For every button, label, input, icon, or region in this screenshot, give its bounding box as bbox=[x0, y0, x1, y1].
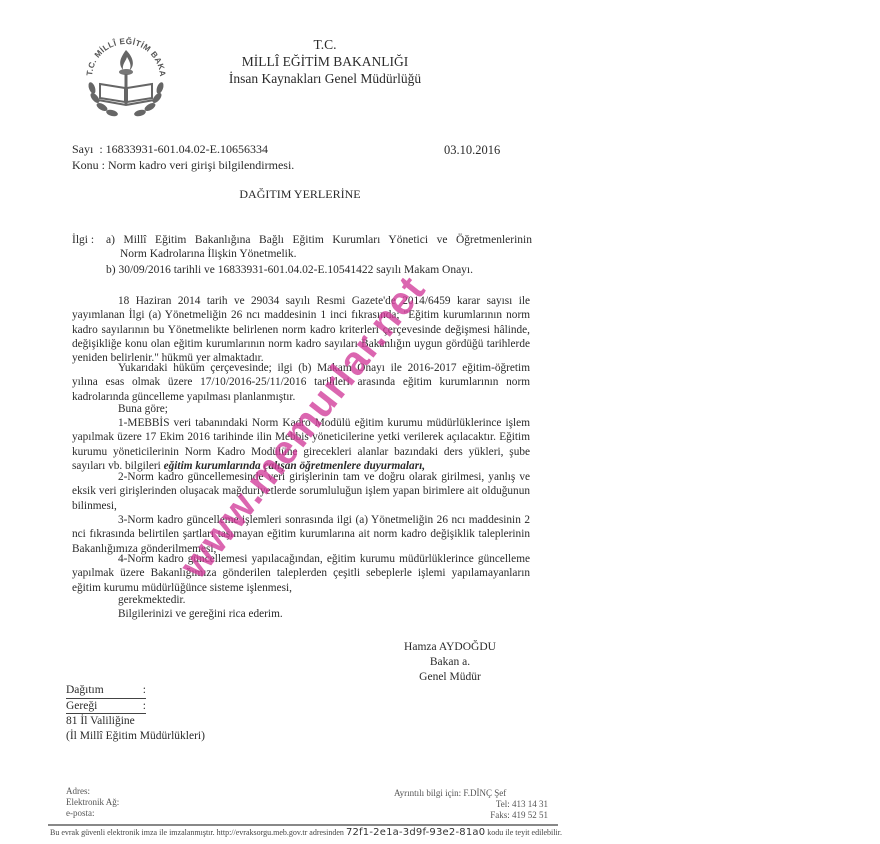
sayi-label: Sayı bbox=[72, 142, 93, 156]
verify-suffix: kodu ile teyit edilebilir. bbox=[487, 828, 562, 837]
document-number: Sayı : 16833931-601.04.02-E.10656334 bbox=[72, 141, 268, 157]
paragraph-3: Buna göre; bbox=[72, 402, 530, 416]
contact-person: Ayrıntılı bilgi için: F.DİNÇ Şef bbox=[394, 788, 548, 799]
paragraph-item-3: 3-Norm kadro güncelleme işlemleri sonras… bbox=[72, 513, 530, 556]
header-country: T.C. bbox=[200, 36, 450, 53]
ilgi-label: İlgi : bbox=[72, 233, 94, 247]
paragraph-item-1: 1-MEBBİS veri tabanındaki Norm Kadro Mod… bbox=[72, 416, 530, 473]
paragraph-item-2: 2-Norm kadro güncellemesinde veri girişl… bbox=[72, 470, 530, 513]
signatory-on-behalf: Bakan a. bbox=[385, 655, 515, 670]
signatory-title: Genel Müdür bbox=[385, 670, 515, 685]
paragraph-1: 18 Haziran 2014 tarih ve 29034 sayılı Re… bbox=[72, 294, 530, 365]
address-label: Adres: bbox=[66, 786, 119, 797]
verify-code: 72f1-2e1a-3d9f-93e2-81a0 bbox=[346, 827, 485, 838]
footer-contact-labels: Adres: Elektronik Ağ: e-posta: bbox=[66, 786, 119, 819]
geregi-row: Gereği: bbox=[66, 699, 146, 715]
signature-block: Hamza AYDOĞDU Bakan a. Genel Müdür bbox=[385, 640, 515, 685]
reference-a-line2: Norm Kadrolarına İlişkin Yönetmelik. bbox=[106, 247, 532, 261]
konu-label: Konu bbox=[72, 158, 99, 172]
paragraph-2: Yukarıdaki hüküm çerçevesinde; ilgi (b) … bbox=[72, 361, 530, 404]
e-signature-verification: Bu evrak güvenli elektronik imza ile imz… bbox=[50, 827, 562, 838]
distribution-line-1: 81 İl Valiliğine bbox=[66, 714, 205, 729]
reference-a-line1: a) Millî Eğitim Bakanlığına Bağlı Eğitim… bbox=[106, 233, 532, 247]
addressee: DAĞITIM YERLERİNE bbox=[0, 187, 600, 202]
dagitim-row: Dağıtım: bbox=[66, 683, 146, 699]
header-department: İnsan Kaynakları Genel Müdürlüğü bbox=[200, 70, 450, 87]
verify-prefix: Bu evrak güvenli elektronik imza ile imz… bbox=[50, 828, 344, 837]
network-label: Elektronik Ağ: bbox=[66, 797, 119, 808]
header-ministry: MİLLÎ EĞİTİM BAKANLIĞI bbox=[200, 53, 450, 70]
paragraph-closing: gerekmektedir. bbox=[72, 593, 530, 607]
paragraph-request: Bilgilerinizi ve gereğini rica ederim. bbox=[72, 607, 530, 621]
signatory-name: Hamza AYDOĞDU bbox=[385, 640, 515, 655]
sayi-value: : 16833931-601.04.02-E.10656334 bbox=[99, 142, 268, 156]
ministry-emblem-icon: T.C. MİLLÎ EĞİTİM BAKANLIĞI bbox=[78, 28, 174, 122]
ministry-logo: T.C. MİLLÎ EĞİTİM BAKANLIĞI bbox=[78, 28, 174, 122]
email-label: e-posta: bbox=[66, 808, 119, 819]
paragraph-item-4: 4-Norm kadro güncellemesi yapılacağından… bbox=[72, 552, 530, 595]
footer-divider bbox=[48, 824, 558, 826]
document-subject: Konu : Norm kadro veri girişi bilgilendi… bbox=[72, 157, 294, 173]
footer-contact-info: Ayrıntılı bilgi için: F.DİNÇ Şef Tel: 41… bbox=[400, 788, 548, 821]
distribution-block: Dağıtım: Gereği: 81 İl Valiliğine (İl Mi… bbox=[66, 683, 205, 743]
reference-a: a) Millî Eğitim Bakanlığına Bağlı Eğitim… bbox=[106, 233, 532, 261]
konu-value: : Norm kadro veri girişi bilgilendirmesi… bbox=[102, 158, 295, 172]
reference-b: b) 30/09/2016 tarihli ve 16833931-601.04… bbox=[106, 263, 473, 277]
document-date: 03.10.2016 bbox=[444, 143, 500, 158]
contact-tel: Tel: 413 14 31 bbox=[400, 799, 548, 810]
contact-fax: Faks: 419 52 51 bbox=[400, 810, 548, 821]
distribution-line-2: (İl Millî Eğitim Müdürlükleri) bbox=[66, 729, 205, 744]
